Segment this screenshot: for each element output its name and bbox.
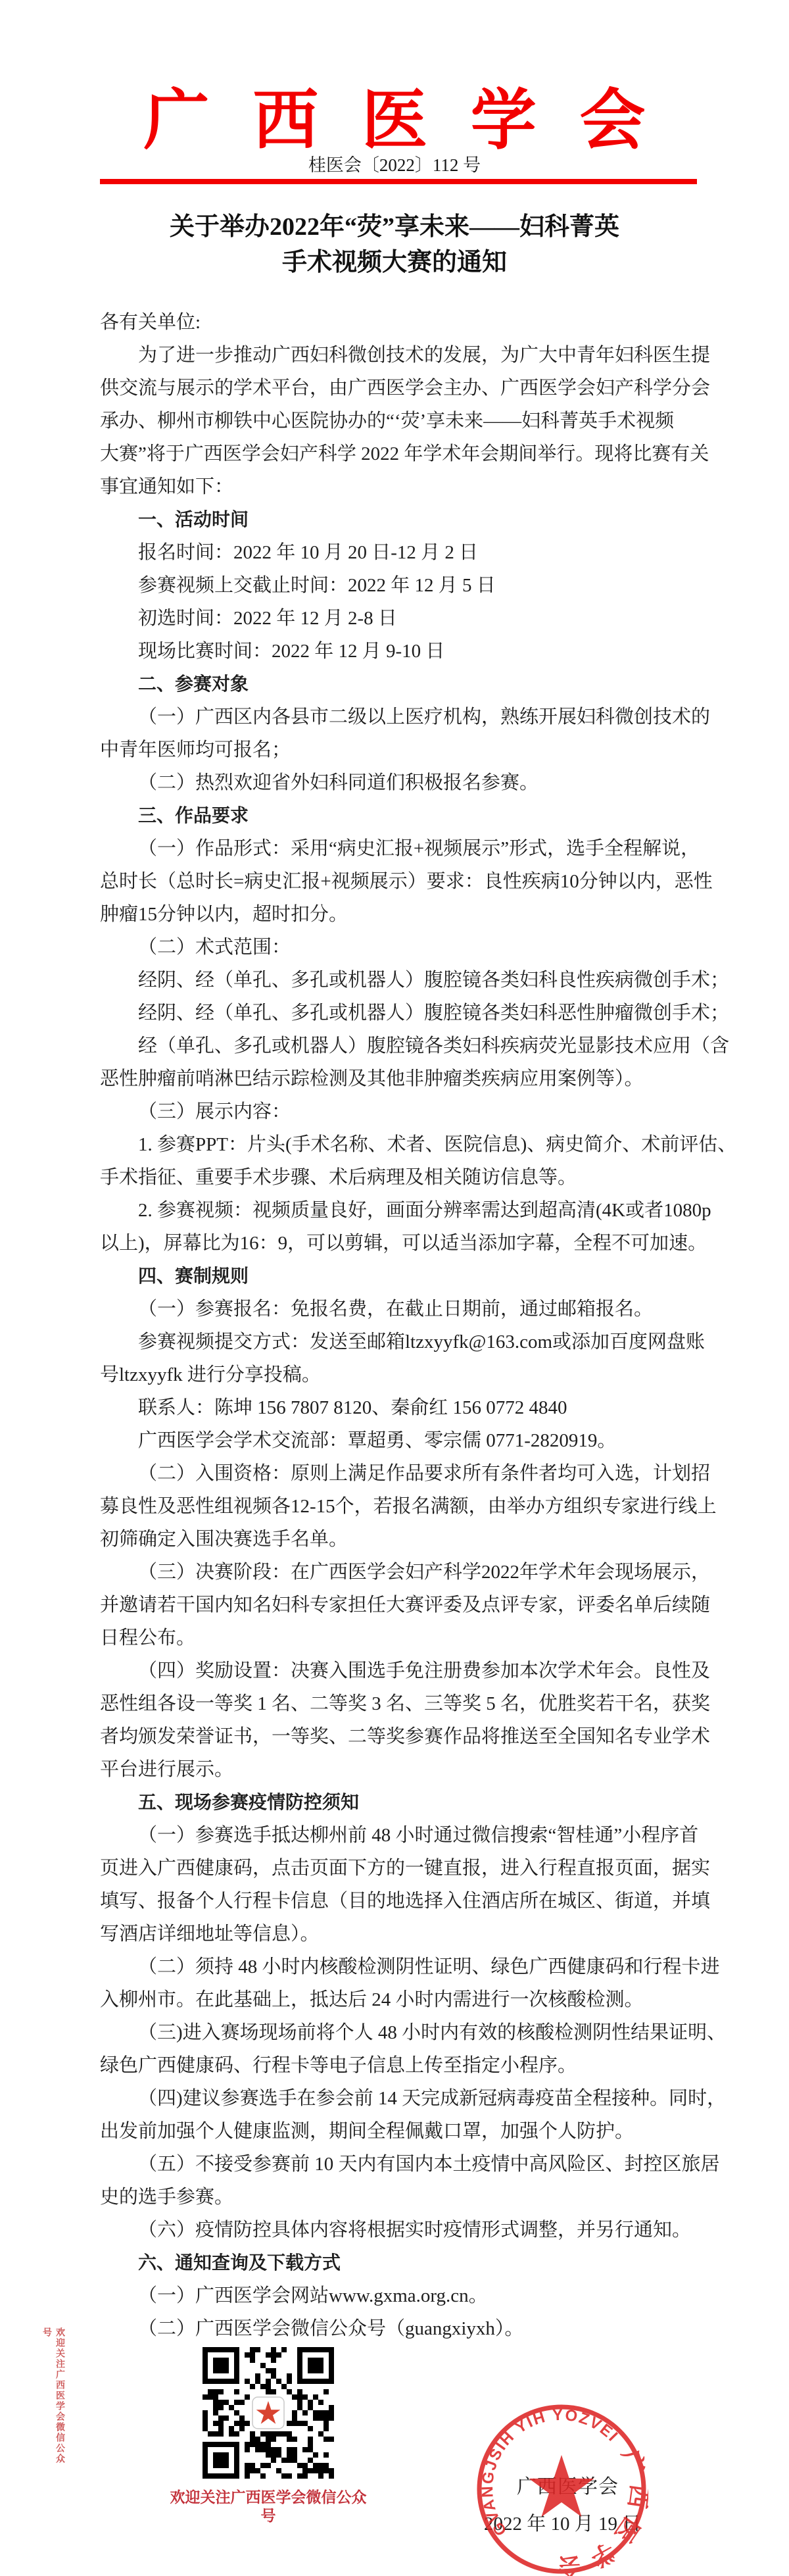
body-line: 填写、报备个人行程卡信息（目的地选择入住酒店所在城区、街道，并填 — [100, 1885, 698, 1918]
body-line: （六）疫情防控具体内容将根据实时疫情形式调整，并另行通知。 — [100, 2214, 698, 2246]
section-heading: 二、参赛对象 — [100, 668, 698, 701]
body-line: 者均颁发荣誉证书，一等奖、二等奖参赛作品将推送至全国知名专业学术 — [100, 1720, 698, 1753]
body-line: 各有关单位: — [100, 306, 698, 339]
document-number: 桂医会〔2022〕112 号 — [0, 154, 789, 176]
body-line: 大赛”将于广西医学会妇产科学 2022 年学术年会期间举行。现将比赛有关 — [100, 437, 698, 470]
body-line: 页进入广西健康码，点击页面下方的一键直报，进入行程直报页面，据实 — [100, 1852, 698, 1885]
body-line: 写酒店详细地址等信息）。 — [100, 1918, 698, 1950]
body-line: （一）广西医学会网站www.gxma.org.cn。 — [100, 2279, 698, 2312]
body-line: 并邀请若干国内知名妇科专家担任大赛评委及点评专家，评委名单后续随 — [100, 1589, 698, 1622]
body-line: 恶性肿瘤前哨淋巴结示踪检测及其他非肿瘤类疾病应用案例等）。 — [100, 1062, 698, 1095]
issuing-org-name: 广 西 医 学 会 — [0, 84, 789, 157]
body-line: 日程公布。 — [100, 1622, 698, 1654]
body-line: 手术指征、重要手术步骤、术后病理及相关随访信息等。 — [100, 1161, 698, 1194]
body-line: （四）奖励设置：决赛入围选手免注册费参加本次学术年会。良性及 — [100, 1654, 698, 1687]
body-line: （四)建议参赛选手在参会前 14 天完成新冠病毒疫苗全程接种。同时， — [100, 2082, 698, 2115]
body-line: 以上)，屏幕比为16：9，可以剪辑，可以适当添加字幕，全程不可加速。 — [100, 1227, 698, 1260]
body-line: 2. 参赛视频：视频质量良好，画面分辨率需达到超高清(4K或者1080p — [100, 1194, 698, 1227]
body-line: （二）入围资格：原则上满足作品要求所有条件者均可入选，计划招 — [100, 1457, 698, 1490]
body-line: 经阴、经（单孔、多孔或机器人）腹腔镜各类妇科恶性肿瘤微创手术； — [100, 997, 698, 1029]
body-line: 经（单孔、多孔或机器人）腹腔镜各类妇科疾病荧光显影技术应用（含 — [100, 1029, 698, 1062]
body-line: 号ltzxyyfk 进行分享投稿。 — [100, 1358, 698, 1391]
body-line: 史的选手参赛。 — [100, 2181, 698, 2214]
body-line: （五）不接受参赛前 10 天内有国内本土疫情中高风险区、封控区旅居 — [100, 2148, 698, 2181]
body-line: 事宜通知如下： — [100, 470, 698, 503]
section-heading: 六、通知查询及下载方式 — [100, 2246, 698, 2279]
body-line: 广西医学会学术交流部：覃超勇、零宗儒 0771-2820919。 — [100, 1424, 698, 1457]
wechat-qr-code — [203, 2347, 334, 2479]
body-line: （三)进入赛场现场前将个人 48 小时内有效的核酸检测阴性结果证明、 — [100, 2016, 698, 2049]
body-line: 为了进一步推动广西妇科微创技术的发展，为广大中青年妇科医生提 — [100, 339, 698, 372]
body-line: （三）决赛阶段：在广西医学会妇产科学2022年学术年会现场展示， — [100, 1556, 698, 1589]
body-line: （一）参赛选手抵达柳州前 48 小时通过微信搜索“智桂通”小程序首 — [100, 1819, 698, 1852]
svg-text:广西医学会: 广西医学会 — [549, 2446, 648, 2576]
side-vertical-caption: 欢迎关注广西医学会微信公众号 — [41, 2327, 67, 2472]
document-page: 广 西 医 学 会 桂医会〔2022〕112 号 关于举办2022年“荧”享未来… — [0, 0, 789, 2576]
body-line: 参赛视频上交截止时间：2022 年 12 月 5 日 — [100, 569, 698, 602]
document-title: 关于举办2022年“荧”享未来——妇科菁英 手术视频大赛的通知 — [66, 209, 723, 280]
document-body: 各有关单位:为了进一步推动广西妇科微创技术的发展，为广大中青年妇科医生提供交流与… — [100, 306, 698, 2345]
body-line: 平台进行展示。 — [100, 1753, 698, 1786]
body-line: 恶性组各设一等奖 1 名、二等奖 3 名、三等奖 5 名，优胜奖若干名，获奖 — [100, 1687, 698, 1720]
body-line: （二）广西医学会微信公众号（guangxiyxh）。 — [100, 2312, 698, 2345]
body-line: （二）热烈欢迎省外妇科同道们积极报名参赛。 — [100, 766, 698, 799]
body-line: 出发前加强个人健康监测，期间全程佩戴口罩，加强个人防护。 — [100, 2115, 698, 2148]
section-heading: 五、现场参赛疫情防控须知 — [100, 1786, 698, 1819]
body-line: 经阴、经（单孔、多孔或机器人）腹腔镜各类妇科良性疾病微创手术； — [100, 964, 698, 997]
body-line: 现场比赛时间：2022 年 12 月 9-10 日 — [100, 635, 698, 668]
body-line: 报名时间：2022 年 10 月 20 日-12 月 2 日 — [100, 536, 698, 569]
body-line: （二）须持 48 小时内核酸检测阴性证明、绿色广西健康码和行程卡进 — [100, 1950, 698, 1983]
body-line: 总时长（总时长=病史汇报+视频展示）要求：良性疾病10分钟以内，恶性 — [100, 865, 698, 898]
header-red-rule — [100, 179, 697, 184]
seal-arc-cn-text: 广西医学会 — [549, 2446, 648, 2576]
body-line: 参赛视频提交方式：发送至邮箱ltzxyyfk@163.com或添加百度网盘账 — [100, 1325, 698, 1358]
body-line: 1. 参赛PPT：片头(手术名称、术者、医院信息)、病史简介、术前评估、 — [100, 1128, 698, 1161]
body-line: （一）参赛报名：免报名费，在截止日期前，通过邮箱报名。 — [100, 1293, 698, 1325]
signature-date: 2022 年 10 月 19 日 — [484, 2513, 641, 2535]
body-line: 肿瘤15分钟以内，超时扣分。 — [100, 898, 698, 931]
body-line: 初选时间：2022 年 12 月 2-8 日 — [100, 602, 698, 635]
body-line: （一）作品形式：采用“病史汇报+视频展示”形式，选手全程解说， — [100, 832, 698, 865]
body-line: 供交流与展示的学术平台，由广西医学会主办、广西医学会妇产科学分会 — [100, 372, 698, 405]
section-heading: 一、活动时间 — [100, 503, 698, 536]
document-title-line1: 关于举办2022年“荧”享未来——妇科菁英 — [66, 209, 723, 245]
section-heading: 三、作品要求 — [100, 799, 698, 832]
body-line: 中青年医师均可报名； — [100, 733, 698, 766]
body-line: 初筛确定入围决赛选手名单。 — [100, 1523, 698, 1556]
section-heading: 四、赛制规则 — [100, 1260, 698, 1293]
qr-code-icon — [203, 2347, 334, 2479]
body-line: 入柳州市。在此基础上，抵达后 24 小时内需进行一次核酸检测。 — [100, 1983, 698, 2016]
body-line: 联系人：陈坤 156 7807 8120、秦俞红 156 0772 4840 — [100, 1391, 698, 1424]
document-title-line2: 手术视频大赛的通知 — [66, 245, 723, 280]
body-line: 募良性及恶性组视频各12-15个，若报名满额，由举办方组织专家进行线上 — [100, 1490, 698, 1523]
body-line: （一）广西区内各县市二级以上医疗机构，熟练开展妇科微创技术的 — [100, 701, 698, 733]
body-line: 承办、柳州市柳铁中心医院协办的“‘荧’享未来——妇科菁英手术视频 — [100, 405, 698, 437]
body-line: （三）展示内容： — [100, 1095, 698, 1128]
qr-caption: 欢迎关注广西医学会微信公众号 — [170, 2488, 367, 2525]
signature-org: 广西医学会 — [517, 2475, 619, 2499]
body-line: （二）术式范围： — [100, 931, 698, 964]
body-line: 绿色广西健康码、行程卡等电子信息上传至指定小程序。 — [100, 2049, 698, 2082]
